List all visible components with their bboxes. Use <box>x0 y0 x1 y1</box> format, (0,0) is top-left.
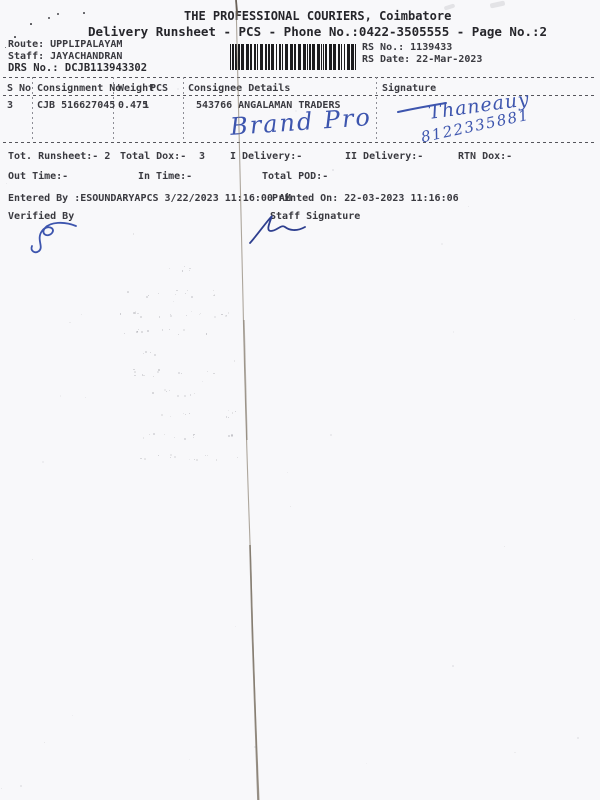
bleed-through-speck <box>133 369 135 371</box>
bleed-through-speck <box>166 391 167 392</box>
bleed-through-speck <box>214 316 216 318</box>
page-title: THE PROFESSIONAL COURIERS, Coimbatore <box>184 10 451 23</box>
bleed-through-speck <box>193 435 194 436</box>
dust-speck <box>468 206 469 207</box>
ink-speck <box>30 23 32 25</box>
dust-speck <box>452 665 454 667</box>
dust-speck <box>72 715 73 716</box>
bleed-through-speck <box>162 329 164 331</box>
bleed-through-speck <box>157 371 159 373</box>
scanned-delivery-runsheet: THE PROFESSIONAL COURIERS, Coimbatore De… <box>0 0 600 800</box>
bleed-through-speck <box>178 334 179 335</box>
dust-speck <box>577 737 579 739</box>
dust-speck <box>85 397 87 399</box>
staff-field: Staff: JAYACHANDRAN <box>8 51 122 62</box>
bleed-through-speck <box>182 270 184 272</box>
column-divider-4 <box>376 77 377 142</box>
table-top-rule <box>3 77 597 79</box>
bleed-through-speck <box>174 456 176 458</box>
bleed-through-speck <box>185 293 186 294</box>
bleed-through-speck <box>214 294 216 296</box>
rs-no-field: RS No.: 1139433 <box>362 42 452 53</box>
bleed-through-speck <box>159 316 161 318</box>
bleed-through-speck <box>207 371 209 373</box>
bleed-through-speck <box>127 291 129 293</box>
bleed-through-speck <box>143 375 144 376</box>
bleed-through-speck <box>196 459 198 461</box>
entered-by: Entered By :ESOUNDARYAPCS 3/22/2023 11:1… <box>8 193 291 204</box>
dust-speck <box>60 395 62 397</box>
bleed-through-speck <box>148 295 149 296</box>
dust-speck <box>287 472 288 473</box>
bleed-through-speck <box>137 313 139 315</box>
staff-signature-label: Staff Signature <box>270 211 360 222</box>
tot-runsheet: Tot. Runsheet:- 2 <box>8 151 110 162</box>
bleed-through-speck <box>207 455 209 457</box>
bleed-through-speck <box>232 412 234 414</box>
bleed-through-speck <box>190 394 192 396</box>
bleed-through-speck <box>228 410 230 412</box>
cell-pcs: 1 <box>143 100 149 111</box>
dust-speck <box>81 314 82 315</box>
bleed-through-speck <box>213 373 214 374</box>
bleed-through-speck <box>175 294 176 295</box>
i-delivery: I Delivery:- <box>230 151 302 162</box>
bleed-through-speck <box>231 434 233 436</box>
bleed-through-speck <box>134 375 136 377</box>
bleed-through-speck <box>154 354 156 356</box>
bleed-through-speck <box>147 330 149 332</box>
bleed-through-speck <box>170 315 172 317</box>
bleed-through-speck <box>194 393 196 395</box>
dust-speck <box>290 506 291 507</box>
bleed-through-speck <box>169 268 170 269</box>
bleed-through-speck <box>174 437 175 438</box>
dust-speck <box>514 752 515 753</box>
bleed-through-speck <box>138 329 140 331</box>
dust-speck <box>295 110 297 112</box>
bleed-through-speck <box>178 372 180 374</box>
bleed-through-speck <box>170 416 171 417</box>
table-bottom-rule <box>3 142 597 144</box>
dust-speck <box>189 459 190 460</box>
bleed-through-speck <box>152 392 154 394</box>
ink-speck <box>83 12 85 14</box>
dust-speck <box>44 742 45 743</box>
bleed-through-speck <box>235 411 237 413</box>
total-dox-label: Total Dox:- <box>120 151 186 162</box>
rtn-dox: RTN Dox:- <box>458 151 512 162</box>
bleed-through-speck <box>144 458 146 460</box>
dust-speck <box>32 559 33 560</box>
drs-no-field: DRS No.: DCJB113943302 <box>8 63 147 75</box>
dust-speck <box>254 746 256 748</box>
dust-speck <box>366 763 367 764</box>
bleed-through-speck <box>149 434 150 435</box>
dust-speck <box>235 626 236 627</box>
total-pod: Total POD:- <box>262 171 328 182</box>
dust-speck <box>177 88 179 90</box>
cell-consignment: CJB 516627045 <box>37 100 115 111</box>
col-header-consignee: Consignee Details <box>188 83 290 94</box>
dust-speck <box>441 243 443 245</box>
bleed-through-speck <box>133 312 135 314</box>
bleed-through-speck <box>189 268 191 270</box>
bleed-through-speck <box>205 455 206 456</box>
bleed-through-speck <box>185 414 186 415</box>
bleed-through-speck <box>200 313 202 315</box>
bleed-through-speck <box>181 373 182 374</box>
bleed-through-speck <box>164 434 165 435</box>
rs-date-field: RS Date: 22-Mar-2023 <box>362 54 482 65</box>
bleed-through-speck <box>124 333 125 334</box>
bleed-through-speck <box>184 266 185 267</box>
bleed-through-speck <box>140 458 141 459</box>
dust-speck <box>133 233 135 235</box>
bleed-through-speck <box>140 316 142 318</box>
ink-speck <box>57 13 59 15</box>
bleed-through-speck <box>169 329 170 330</box>
bleed-through-speck <box>213 290 215 292</box>
in-time: In Time:- <box>138 171 192 182</box>
bleed-through-speck <box>158 293 159 294</box>
total-dox-value: 3 <box>199 151 205 162</box>
dust-speck <box>418 193 419 194</box>
bleed-through-speck <box>206 333 208 335</box>
bleed-through-speck <box>141 331 143 333</box>
bleed-through-speck <box>161 414 163 416</box>
printed-on: Printed On: 22-03-2023 11:16:06 <box>272 193 459 204</box>
bleed-through-speck <box>228 435 230 437</box>
dust-speck <box>173 301 174 302</box>
dust-speck <box>1 788 2 789</box>
barcode-icon <box>230 44 358 70</box>
ink-speck <box>5 47 6 48</box>
bleed-through-speck <box>158 455 160 457</box>
bleed-through-speck <box>186 315 187 316</box>
col-header-signature: Signature <box>382 83 436 94</box>
bleed-through-speck <box>184 395 186 397</box>
cell-sno: 3 <box>7 100 13 111</box>
bleed-through-speck <box>143 353 144 354</box>
dust-speck <box>330 434 331 435</box>
bleed-through-speck <box>187 290 188 291</box>
bleed-through-speck <box>184 438 186 440</box>
bleed-through-speck <box>228 312 229 313</box>
col-header-consignment: Consignment No <box>37 83 121 94</box>
bleed-through-speck <box>226 416 227 417</box>
dust-speck <box>20 785 22 787</box>
bleed-through-speck <box>237 457 239 459</box>
col-header-weight: Weight <box>118 83 154 94</box>
dust-speck <box>504 546 505 547</box>
col-header-pcs: PCS <box>150 83 168 94</box>
dust-speck <box>42 461 44 463</box>
bleed-through-speck <box>176 290 177 291</box>
column-divider-3 <box>183 77 184 142</box>
bleed-through-speck <box>191 296 193 298</box>
bleed-through-speck <box>120 313 122 315</box>
dust-speck <box>189 759 190 760</box>
bleed-through-speck <box>177 395 179 397</box>
bleed-through-speck <box>191 311 192 312</box>
bleed-through-speck <box>194 459 195 460</box>
dust-speck <box>69 322 70 323</box>
dust-speck <box>202 381 204 383</box>
bleed-through-speck <box>134 371 136 373</box>
bleed-through-speck <box>170 454 172 456</box>
bleed-through-speck <box>226 315 227 316</box>
dust-speck <box>234 360 236 362</box>
ink-speck <box>48 17 50 19</box>
dust-speck <box>574 319 575 320</box>
bleed-through-speck <box>189 270 190 271</box>
ink-speck <box>14 36 16 38</box>
bleed-through-speck <box>135 311 136 312</box>
bleed-through-speck <box>143 437 145 439</box>
col-header-sno: S No <box>7 83 31 94</box>
dust-speck <box>6 183 7 184</box>
dust-speck <box>453 331 455 333</box>
bleed-through-speck <box>145 351 147 353</box>
bleed-through-speck <box>193 437 195 439</box>
dust-speck <box>332 169 334 171</box>
bleed-through-speck <box>153 376 154 377</box>
out-time: Out Time:- <box>8 171 68 182</box>
bleed-through-speck <box>169 390 170 391</box>
bleed-through-speck <box>216 459 218 461</box>
bleed-through-speck <box>146 296 148 298</box>
ii-delivery: II Delivery:- <box>345 151 423 162</box>
verified-by-label: Verified By <box>8 211 74 222</box>
bleed-through-speck <box>228 417 229 418</box>
bleed-through-speck <box>221 314 223 316</box>
bleed-through-speck <box>183 329 185 331</box>
scan-smudge <box>490 0 506 8</box>
column-divider-1 <box>32 77 33 142</box>
bleed-through-speck <box>189 413 190 414</box>
verified-by-signature-mark <box>32 223 76 252</box>
route-field: Route: UPPLIPALAYAM <box>8 39 122 50</box>
bleed-through-speck <box>170 457 172 459</box>
bleed-through-speck <box>150 352 151 353</box>
page-subtitle: Delivery Runsheet - PCS - Phone No.:0422… <box>88 25 547 39</box>
bleed-through-speck <box>153 433 155 435</box>
bleed-through-speck <box>136 331 138 333</box>
